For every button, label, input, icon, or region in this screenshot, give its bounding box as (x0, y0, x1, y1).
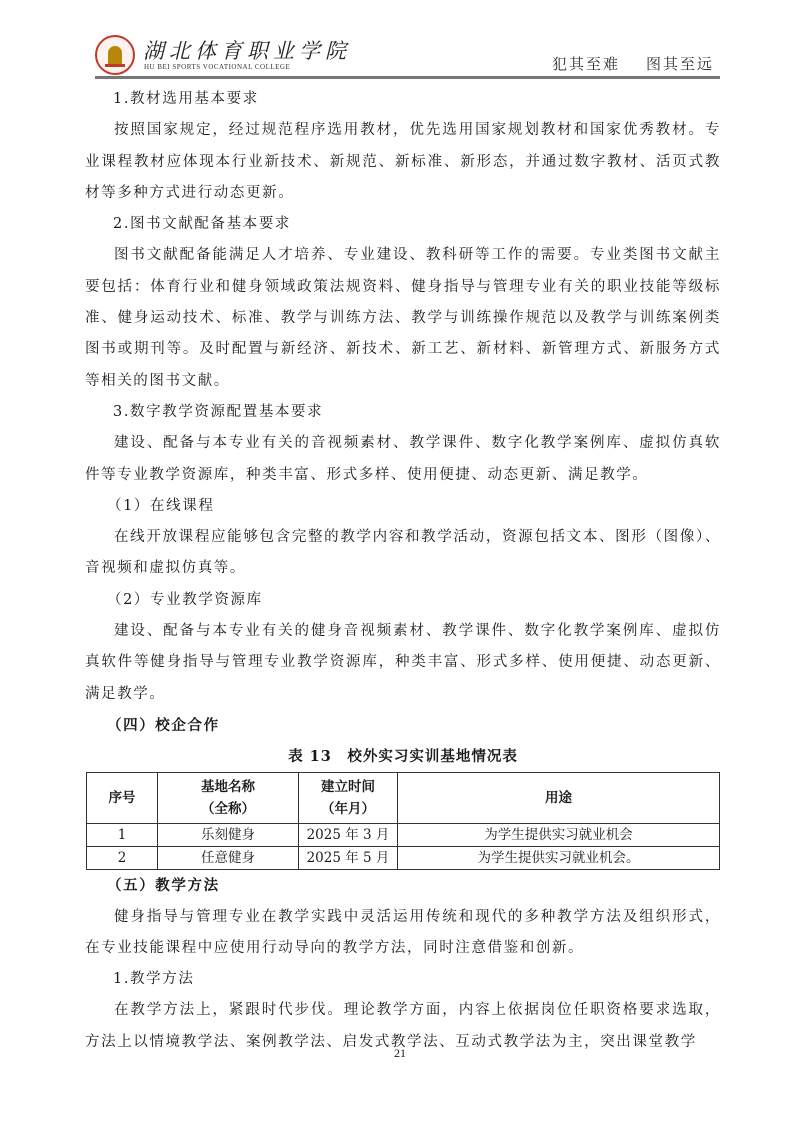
header-date-line1: 建立时间 (299, 776, 397, 798)
header-cell-use: 用途 (398, 773, 720, 824)
header-name-line1: 基地名称 (158, 776, 298, 798)
paragraph: 图书文献配备能满足人才培养、专业建设、教科研等工作的需要。专业类图书文献主要包括… (85, 240, 721, 396)
cell-no: 1 (87, 824, 158, 847)
table-caption: 表 13 校外实习实训基地情况表 (85, 741, 721, 772)
subsection-heading: （1）在线课程 (85, 491, 721, 522)
table-row: 2 任意健身 2025 年 5 月 为学生提供实习就业机会。 (87, 847, 720, 870)
header-date-line2: （年月） (299, 798, 397, 820)
header-divider (95, 76, 720, 79)
table-row: 1 乐刻健身 2025 年 3 月 为学生提供实习就业机会 (87, 824, 720, 847)
section-heading: 1.教学方法 (85, 964, 721, 995)
table-header-row: 序号 基地名称 （全称） 建立时间 （年月） 用途 (87, 773, 720, 824)
section-heading: 2.图书文献配备基本要求 (85, 209, 721, 240)
school-name-cn: 湖北体育职业学院 (143, 35, 351, 65)
section-heading-bold: （五）教学方法 (85, 870, 721, 901)
school-name-en: HU BEI SPORTS VOCATIONAL COLLEGE (144, 63, 290, 71)
internship-base-table: 序号 基地名称 （全称） 建立时间 （年月） 用途 1 乐刻健身 2025 年 … (86, 772, 720, 870)
header-cell-name: 基地名称 （全称） (158, 773, 299, 824)
cell-name: 乐刻健身 (158, 824, 299, 847)
header-name-line2: （全称） (158, 798, 298, 820)
page-body: 1.教材选用基本要求 按照国家规定，经过规范程序选用教材，优先选用国家规划教材和… (85, 84, 721, 1058)
paragraph: 健身指导与管理专业在教学实践中灵活运用传统和现代的多种教学方法及组织形式，在专业… (85, 902, 721, 965)
header-cell-date: 建立时间 （年月） (299, 773, 398, 824)
motto: 犯其至难图其至远 (552, 53, 714, 74)
cell-use: 为学生提供实习就业机会。 (398, 847, 720, 870)
section-heading-bold: （四）校企合作 (85, 710, 721, 741)
section-heading: 3.数字教学资源配置基本要求 (85, 397, 721, 428)
cell-name: 任意健身 (158, 847, 299, 870)
paragraph: 建设、配备与本专业有关的音视频素材、教学课件、数字化教学案例库、虚拟仿真软件等专… (85, 428, 721, 491)
motto-part-1: 犯其至难 (552, 55, 620, 73)
paragraph: 按照国家规定，经过规范程序选用教材，优先选用国家规划教材和国家优秀教材。专业课程… (85, 115, 721, 209)
cell-date: 2025 年 5 月 (299, 847, 398, 870)
paragraph: 在线开放课程应能够包含完整的教学内容和教学活动，资源包括文本、图形（图像）、音视… (85, 522, 721, 585)
motto-part-2: 图其至远 (646, 55, 714, 73)
cell-no: 2 (87, 847, 158, 870)
college-emblem-icon (95, 35, 135, 75)
cell-date: 2025 年 3 月 (299, 824, 398, 847)
paragraph: 建设、配备与本专业有关的健身音视频素材、教学课件、数字化教学案例库、虚拟仿真软件… (85, 616, 721, 710)
emblem-dome (108, 46, 122, 66)
section-heading: 1.教材选用基本要求 (85, 84, 721, 115)
page-number: 21 (0, 1046, 800, 1061)
page-header: 湖北体育职业学院 HU BEI SPORTS VOCATIONAL COLLEG… (95, 33, 720, 77)
subsection-heading: （2）专业教学资源库 (85, 585, 721, 616)
cell-use: 为学生提供实习就业机会 (398, 824, 720, 847)
emblem-base (105, 64, 125, 67)
header-cell-no: 序号 (87, 773, 158, 824)
